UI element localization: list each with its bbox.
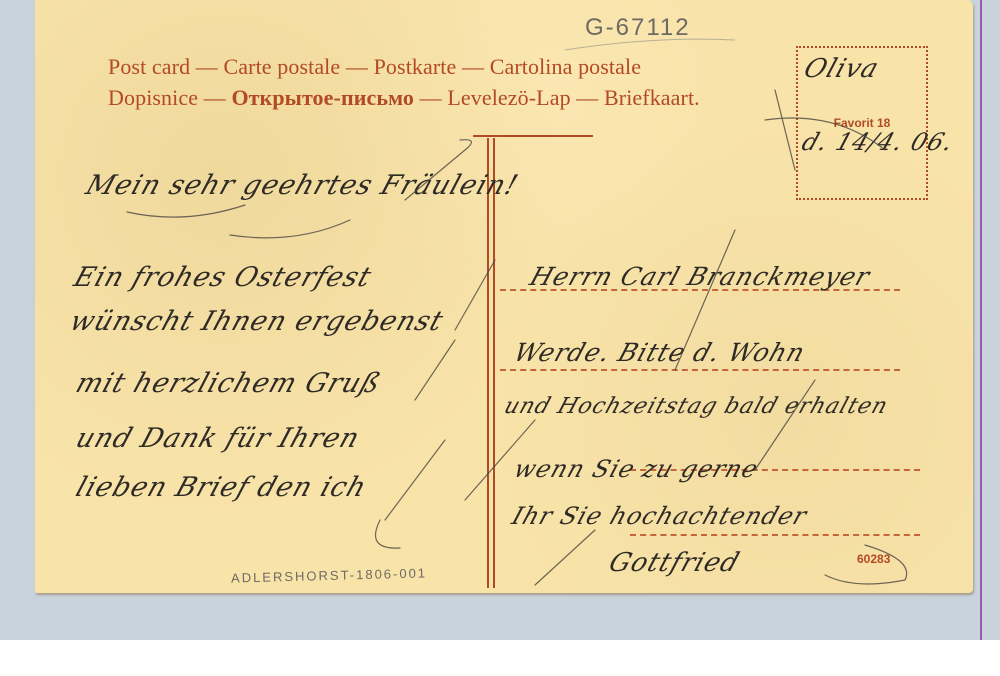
divider-top-rule (473, 135, 593, 137)
message-line: mit herzlichem Gruß (72, 368, 385, 399)
signature: Gottfried (605, 548, 743, 578)
header-ru: Открытое-письмо (231, 85, 414, 110)
header-en: Post card (108, 54, 190, 79)
header-hr: Dopisnice (108, 85, 198, 110)
serial-number: 60283 (857, 552, 890, 566)
header-de: Postkarte (374, 54, 457, 79)
postcard: Post card — Carte postale — Postkarte — … (35, 0, 973, 593)
header-it: Cartolina postale (490, 54, 641, 79)
message-line: lieben Brief den ich (72, 472, 371, 503)
divider-vertical-line (493, 138, 495, 588)
address-text: und Hochzeitstag bald erhalten (501, 394, 891, 419)
header-hu: Levelezö-Lap (447, 85, 570, 110)
message-line: und Dank für Ihren (72, 423, 364, 454)
divider-vertical-line (487, 138, 489, 588)
message-line: Mein sehr geehrtes Fräulein! (82, 170, 522, 201)
header-fr: Carte postale (224, 54, 341, 79)
archive-number: G-67112 (585, 14, 691, 42)
header-line-2: Dopisnice — Открытое-письмо — Levelezö-L… (108, 85, 700, 111)
address-line (500, 369, 900, 371)
header-nl: Briefkaart. (604, 85, 700, 110)
message-line: Ein frohes Osterfest (70, 262, 376, 293)
handwritten-name: Oliva (800, 54, 883, 84)
address-text: Werde. Bitte d. Wohn (510, 338, 809, 367)
archive-label: ADLERSHORST-1806-001 (231, 565, 427, 585)
scanner-edge-line (980, 0, 982, 640)
message-line: wünscht Ihnen ergebenst (66, 306, 448, 337)
address-text: Herrn Carl Branckmeyer (526, 262, 874, 291)
handwritten-date: d. 14/4. 06. (798, 128, 957, 156)
address-text: wenn Sie zu gerne (510, 455, 762, 483)
header-line-1: Post card — Carte postale — Postkarte — … (108, 54, 641, 80)
address-line (630, 534, 920, 536)
address-text: Ihr Sie hochachtender (508, 502, 810, 530)
